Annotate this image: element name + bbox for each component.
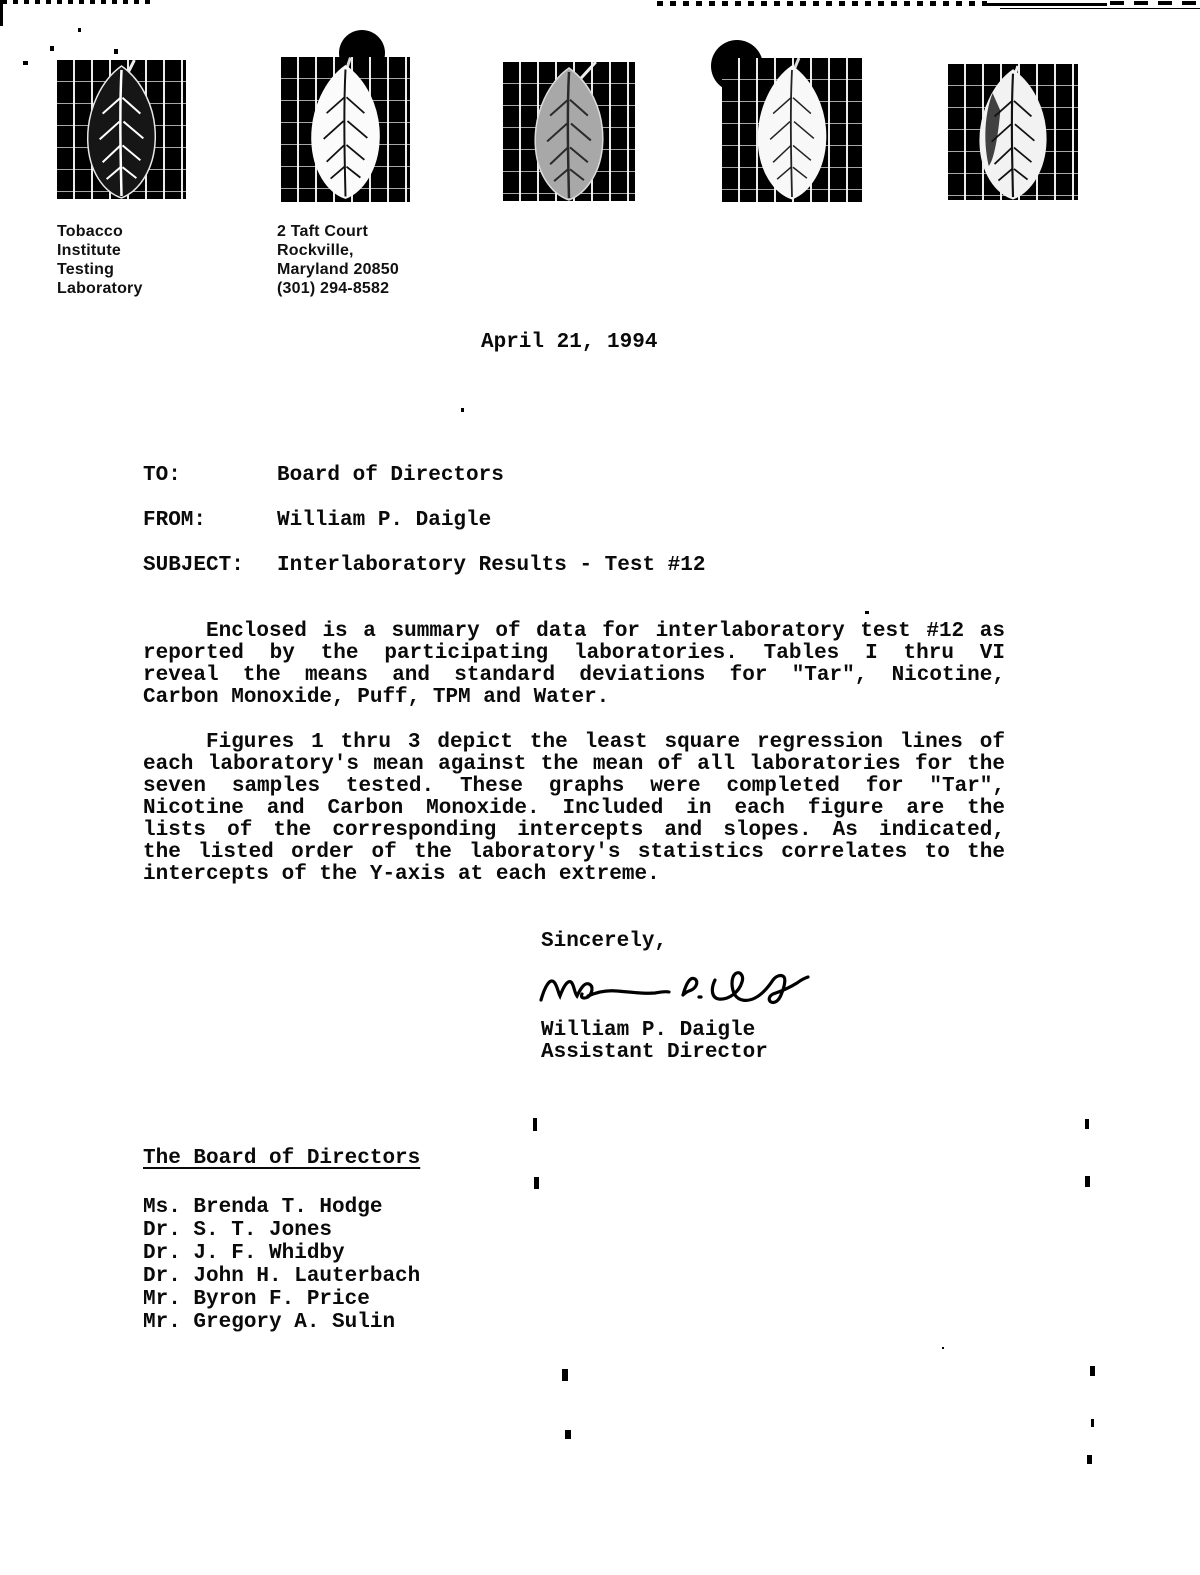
scan-edge-bar: [0, 0, 3, 26]
scan-speck: [78, 28, 81, 32]
signer-name: William P. Daigle: [541, 1020, 755, 1042]
body-line: reveal the means and standard deviations…: [143, 665, 1005, 687]
scan-speck: [533, 1118, 537, 1131]
board-member: Dr. John H. Lauterbach: [143, 1265, 420, 1288]
memo-to-value: Board of Directors: [277, 465, 504, 487]
body-line: Figures 1 thru 3 depict the least square…: [143, 732, 1005, 754]
scan-speck: [50, 46, 54, 51]
scan-speck: [461, 408, 464, 412]
body-line: Enclosed is a summary of data for interl…: [143, 621, 1005, 643]
body-line: lists of the corresponding intercepts an…: [143, 820, 1005, 842]
body-line: Nicotine and Carbon Monoxide. Included i…: [143, 798, 1005, 820]
board-heading: The Board of Directors: [143, 1147, 420, 1171]
leaf-icon: [948, 64, 1078, 200]
scan-dotted-line-left: [2, 0, 150, 4]
scan-speck: [1090, 1366, 1095, 1376]
closing-salutation: Sincerely,: [541, 931, 667, 953]
scan-speck: [23, 61, 28, 65]
memo-date: April 21, 1994: [481, 332, 657, 354]
tobacco-leaf-image-2: [281, 57, 410, 202]
body-paragraph-2: Figures 1 thru 3 depict the least square…: [143, 732, 1005, 886]
letterhead-address-line: (301) 294-8582: [277, 279, 399, 298]
scan-solid-line-right: [987, 3, 1107, 6]
body-line: each laboratory's mean against the mean …: [143, 754, 1005, 776]
letterhead-org-line: Tobacco: [57, 222, 143, 241]
scan-speck: [565, 1430, 571, 1439]
memo-from-label: FROM:: [143, 510, 206, 532]
scan-speck: [114, 49, 118, 54]
board-member: Dr. S. T. Jones: [143, 1219, 420, 1242]
body-line: seven samples tested. These graphs were …: [143, 776, 1005, 798]
letterhead-org: Tobacco Institute Testing Laboratory: [57, 222, 143, 298]
leaf-icon: [503, 62, 635, 201]
leaf-icon: [57, 60, 186, 199]
tobacco-leaf-image-5: [948, 64, 1078, 200]
letterhead-org-line: Institute: [57, 241, 143, 260]
letterhead-org-line: Laboratory: [57, 279, 143, 298]
body-line: the listed order of the laboratory's sta…: [143, 842, 1005, 864]
body-line: intercepts of the Y-axis at each extreme…: [143, 864, 1005, 886]
signature-image: [533, 952, 813, 1016]
signer-title: Assistant Director: [541, 1042, 768, 1064]
board-member: Ms. Brenda T. Hodge: [143, 1196, 420, 1219]
scan-speck: [1091, 1419, 1094, 1427]
scan-speck: [942, 1347, 944, 1349]
scanned-memo-page: Tobacco Institute Testing Laboratory 2 T…: [0, 0, 1200, 1575]
board-member: Mr. Byron F. Price: [143, 1288, 420, 1311]
tobacco-leaf-image-1: [57, 60, 186, 199]
memo-subject-label: SUBJECT:: [143, 555, 244, 577]
scan-speck: [1085, 1176, 1090, 1187]
board-member: Dr. J. F. Whidby: [143, 1242, 420, 1265]
body-line: Carbon Monoxide, Puff, TPM and Water.: [143, 687, 1005, 709]
tobacco-leaf-image-3: [503, 62, 635, 201]
scan-speck: [562, 1369, 568, 1381]
tobacco-leaf-image-4: [722, 58, 862, 202]
scan-speck: [1087, 1455, 1092, 1464]
body-line: reported by the participating laboratori…: [143, 643, 1005, 665]
memo-from-value: William P. Daigle: [277, 510, 491, 532]
leaf-icon: [722, 58, 862, 202]
leaf-icon: [281, 57, 410, 202]
scan-dotted-line-right: [657, 1, 987, 6]
scan-thin-underline: [1000, 8, 1200, 9]
memo-to-label: TO:: [143, 465, 181, 487]
board-member-list: Ms. Brenda T. Hodge Dr. S. T. Jones Dr. …: [143, 1196, 420, 1334]
letterhead-address-line: Maryland 20850: [277, 260, 399, 279]
body-paragraph-1: Enclosed is a summary of data for interl…: [143, 621, 1005, 709]
letterhead-address-line: Rockville,: [277, 241, 399, 260]
scan-dashed-line-right: [1110, 1, 1200, 5]
letterhead-address: 2 Taft Court Rockville, Maryland 20850 (…: [277, 222, 399, 298]
scan-speck: [534, 1177, 539, 1189]
board-member: Mr. Gregory A. Sulin: [143, 1311, 420, 1334]
memo-subject-value: Interlaboratory Results - Test #12: [277, 555, 705, 577]
letterhead-org-line: Testing: [57, 260, 143, 279]
scan-speck: [865, 611, 869, 614]
scan-speck: [1085, 1119, 1089, 1129]
letterhead-address-line: 2 Taft Court: [277, 222, 399, 241]
